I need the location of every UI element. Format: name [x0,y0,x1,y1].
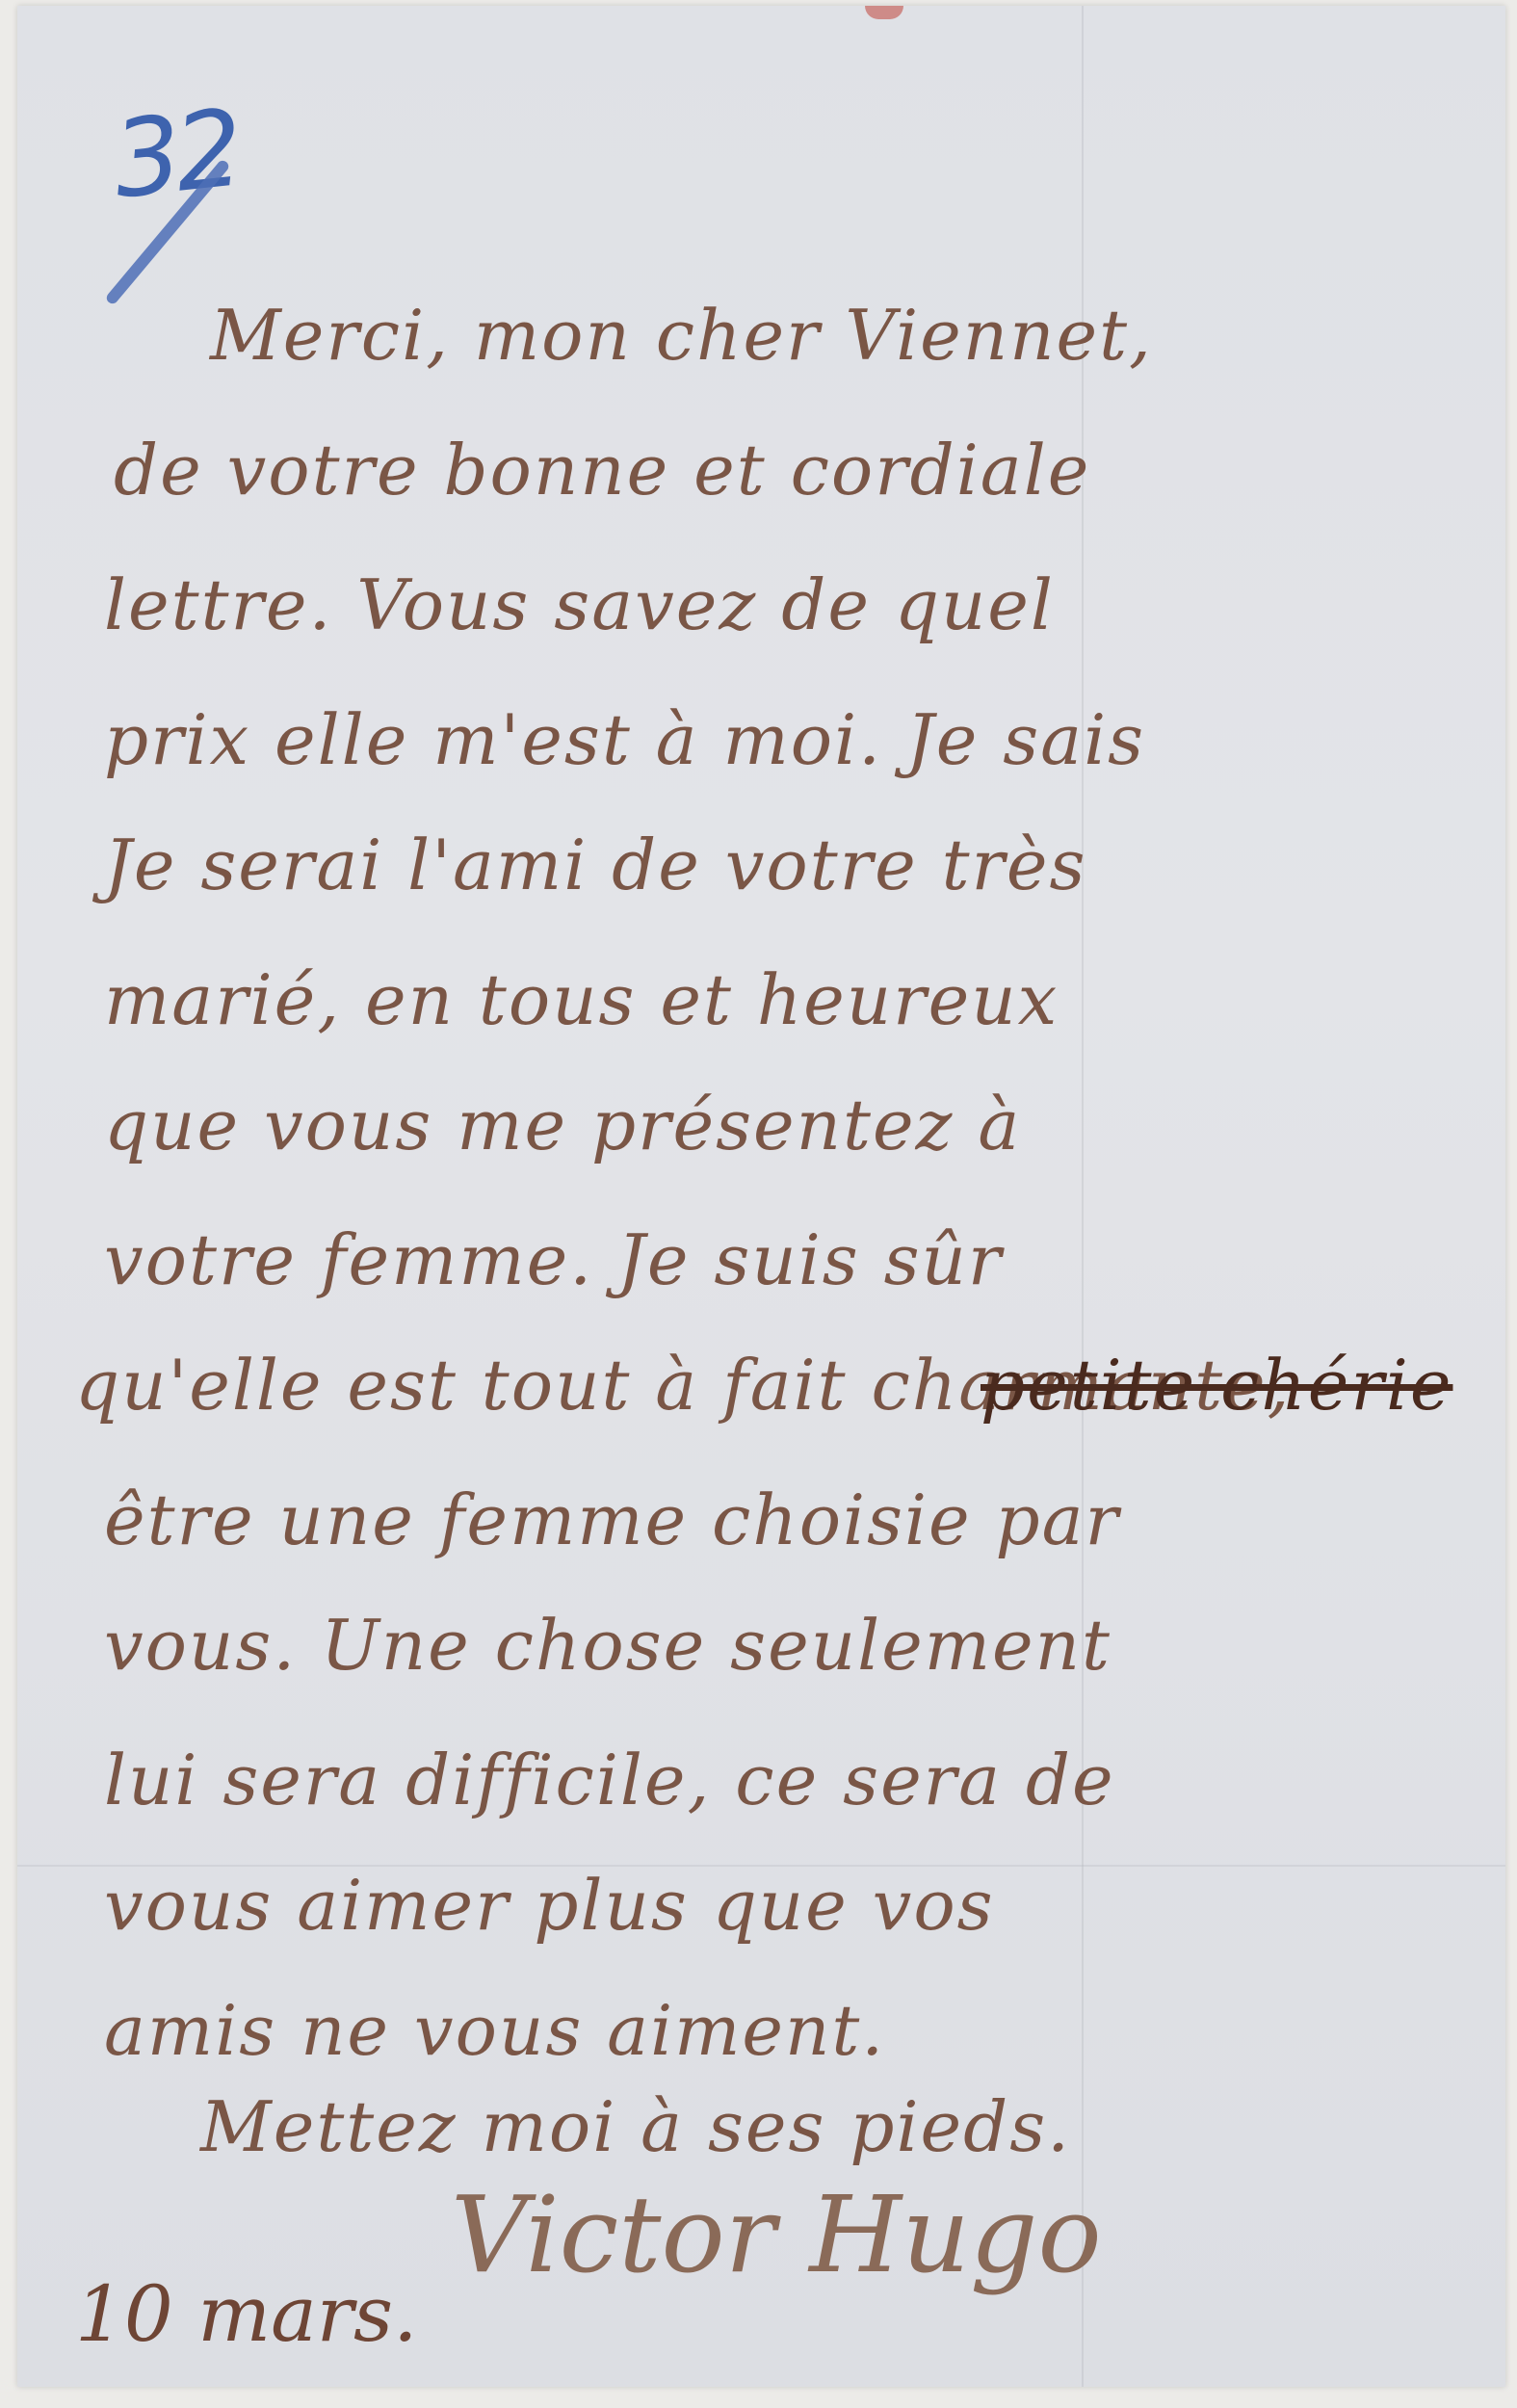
letter-line: Mettez moi à ses pieds. [200,2086,1071,2167]
letter-paper: 32 Merci, mon cher Viennet, de votre bon… [17,6,1505,2387]
letter-line: marié, en tous et heureux [104,959,1059,1040]
letter-line: votre femme. Je suis sûr [104,1219,1003,1300]
folio-number: 32 [108,87,244,222]
struck-text: petite chérie [981,1345,1452,1426]
letter-line: que vous me présentez à [104,1085,1021,1165]
signature: Victor Hugo [451,2173,1102,2296]
letter-line: Merci, mon cher Viennet, [210,295,1153,376]
letter-line: prix elle m'est à moi. Je sais [104,699,1145,780]
letter-line: vous aimer plus que vos [104,1865,995,1946]
letter-line: Je serai l'ami de votre très [104,824,1086,905]
letter-line: être une femme choisie par [104,1479,1120,1560]
letter-line: lui sera difficile, ce sera de [104,1740,1115,1820]
letter-line: vous. Une chose seulement [104,1605,1112,1686]
letter-line: amis ne vous aiment. [104,1990,885,2071]
letter-line: lettre. Vous savez de quel [104,564,1055,645]
letter-line: de votre bonne et cordiale [114,430,1090,510]
wax-seal-mark [865,6,903,19]
letter-date: 10 mars. [75,2269,418,2359]
